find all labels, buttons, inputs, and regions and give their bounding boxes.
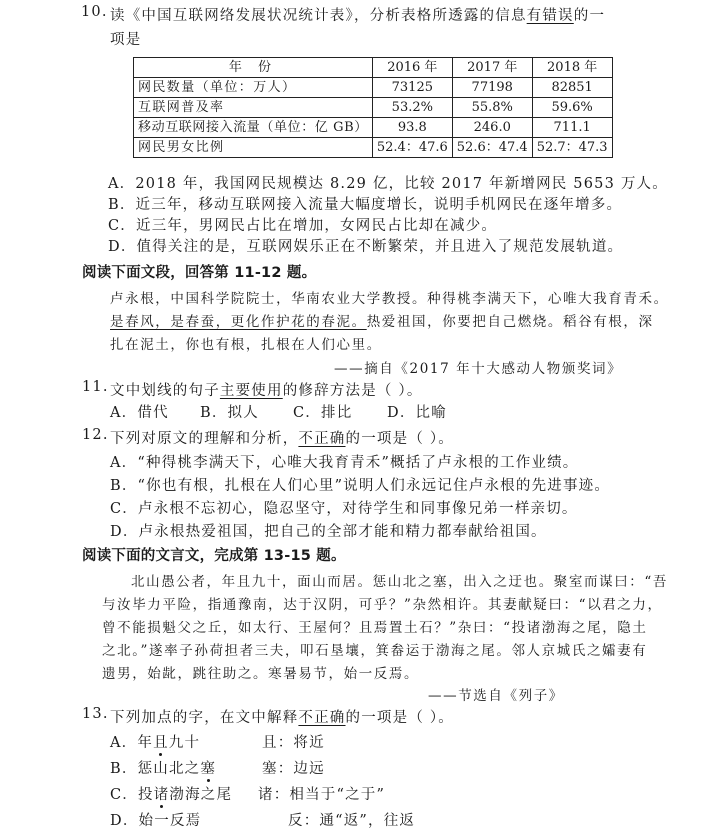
table-cell: 93.8 bbox=[372, 118, 452, 138]
passage2-source: ——节选自《列子》 bbox=[428, 684, 564, 704]
table-cell: 246.0 bbox=[452, 118, 532, 138]
dotted-char: 诸 bbox=[154, 787, 170, 803]
q11-number: 11. bbox=[82, 379, 109, 395]
q12-stem-pre: 下列对原文的理解和分析， bbox=[110, 431, 298, 447]
q12-stem-post: 的一项是（ ）。 bbox=[346, 431, 454, 447]
q11-stem-pre: 文中划线的句子 bbox=[110, 383, 220, 399]
passage2-line: 曾不能损魁父之丘，如太行、王屋何？且焉置土石？”杂曰：“投诸渤海之尾，隐土 bbox=[102, 616, 648, 636]
option-text-post: 焉 bbox=[186, 813, 202, 829]
internet-stats-table: 年 份 2016 年 2017 年 2018 年 网民数量（单位：万人） 731… bbox=[133, 57, 613, 158]
q13-number: 13. bbox=[82, 706, 109, 722]
q13-gloss-c: 诸：相当于“之于” bbox=[258, 783, 385, 804]
passage2-line: 与汝毕力平险，指通豫南，达于汉阴，可乎？”杂然相许。其妻献疑曰：“以君之力， bbox=[102, 593, 663, 613]
q10-option-c[interactable]: C．近三年，男网民占比在增加，女网民占比却在减少。 bbox=[108, 214, 497, 235]
table-cell: 59.6% bbox=[532, 98, 612, 118]
option-letter: B． bbox=[110, 761, 138, 777]
table-cell: 52.4：47.6 bbox=[372, 138, 452, 158]
table-cell: 52.6：47.4 bbox=[452, 138, 532, 158]
q11-stem-emphasis: 主要使用 bbox=[220, 383, 283, 399]
q12-number: 12. bbox=[82, 427, 109, 443]
passage2-line: 北山愚公者，年且九十，面山而居。惩山北之塞，出入之迂也。聚室而谋曰：“吾 bbox=[131, 570, 668, 590]
dotted-char: 塞 bbox=[200, 761, 216, 777]
option-text-pre: 惩山北之 bbox=[138, 761, 201, 777]
passage1-source: ——摘自《2017 年十大感动人物颁奖词》 bbox=[334, 357, 622, 377]
passage2-heading: 阅读下面的文言文，完成第 13-15 题。 bbox=[82, 544, 346, 565]
q13-gloss-a: 且：将近 bbox=[262, 731, 325, 752]
option-letter: D． bbox=[110, 813, 139, 829]
table-header-cell: 2017 年 bbox=[452, 58, 532, 78]
q13-option-d[interactable]: D．始一反焉 bbox=[110, 809, 201, 830]
q10-option-d[interactable]: D．值得关注的是，互联网娱乐正在不断繁荣，并且进入了规范发展轨道。 bbox=[108, 235, 623, 256]
q11-stem: 文中划线的句子主要使用的修辞方法是（ ）。 bbox=[110, 379, 423, 400]
q13-option-c[interactable]: C．投诸渤海之尾 bbox=[110, 783, 232, 804]
option-text-pre: 投 bbox=[138, 787, 154, 803]
q11-option-c[interactable]: C．排比 bbox=[293, 401, 352, 422]
q13-stem-pre: 下列加点的字，在文中解释 bbox=[110, 710, 298, 726]
dotted-char: 反 bbox=[170, 813, 186, 829]
table-row-label: 移动互联网接入流量（单位：亿 GB） bbox=[134, 118, 373, 138]
q13-gloss-d: 反：通“返”，往返 bbox=[288, 809, 415, 830]
table-cell: 53.2% bbox=[372, 98, 452, 118]
passage1-line1: 卢永根，中国科学院院士，华南农业大学教授。种得桃李满天下，心唯大我育青禾。 bbox=[110, 287, 669, 307]
q13-option-a[interactable]: A．年且九十 bbox=[110, 731, 200, 752]
table-row: 网民男女比例 52.4：47.6 52.6：47.4 52.7：47.3 bbox=[134, 138, 613, 158]
q13-stem-emphasis: 不正确 bbox=[298, 710, 345, 726]
table-row: 互联网普及率 53.2% 55.8% 59.6% bbox=[134, 98, 613, 118]
option-letter: A． bbox=[110, 735, 137, 751]
table-cell: 82851 bbox=[532, 78, 612, 98]
q12-stem-emphasis: 不正确 bbox=[298, 431, 345, 447]
table-header-row: 年 份 2016 年 2017 年 2018 年 bbox=[134, 58, 613, 78]
q10-stem-line1: 读《中国互联网络发展状况统计表》，分析表格所透露的信息有错误的一 bbox=[110, 4, 605, 25]
table-cell: 73125 bbox=[372, 78, 452, 98]
passage1-line3: 扎在泥土，你也有根，扎根在人们心里。 bbox=[110, 333, 382, 353]
q10-stem-emphasis: 有错误 bbox=[527, 8, 574, 24]
q10-stem-line2: 项是 bbox=[110, 28, 141, 49]
q11-option-d[interactable]: D．比喻 bbox=[387, 401, 447, 422]
table-row-label: 网民男女比例 bbox=[134, 138, 373, 158]
option-text-pre: 年 bbox=[137, 735, 153, 751]
table-row: 网民数量（单位：万人） 73125 77198 82851 bbox=[134, 78, 613, 98]
option-letter: C． bbox=[110, 787, 138, 803]
q10-stem-pre: 读《中国互联网络发展状况统计表》，分析表格所透露的信息 bbox=[110, 8, 527, 24]
q12-option-a[interactable]: A．“种得桃李满天下，心唯大我育青禾”概括了卢永根的工作业绩。 bbox=[110, 451, 579, 472]
q13-option-b[interactable]: B．惩山北之塞 bbox=[110, 757, 216, 778]
q11-stem-post: 的修辞方法是（ ）。 bbox=[283, 383, 423, 399]
table-row: 移动互联网接入流量（单位：亿 GB） 93.8 246.0 711.1 bbox=[134, 118, 613, 138]
q12-option-b[interactable]: B．“你也有根，扎根在人们心里”说明人们永远记住卢永根的先进事迹。 bbox=[110, 474, 610, 495]
q10-stem-post: 的一 bbox=[574, 8, 605, 24]
passage2-line: 遗男，始龀，跳往助之。寒暑易节，始一反焉。 bbox=[102, 662, 419, 682]
table-cell: 711.1 bbox=[532, 118, 612, 138]
q11-option-b[interactable]: B．拟人 bbox=[200, 401, 259, 422]
q13-stem: 下列加点的字，在文中解释不正确的一项是（ ）。 bbox=[110, 706, 454, 727]
passage1-underlined-sentence: 是春风，是春蚕，更化作护花的春泥。 bbox=[110, 314, 367, 330]
table-cell: 52.7：47.3 bbox=[532, 138, 612, 158]
table-cell: 77198 bbox=[452, 78, 532, 98]
passage1-line2-rest: 热爱祖国，你要把自己燃烧。稻谷有根，深 bbox=[367, 314, 654, 330]
q11-option-a[interactable]: A．借代 bbox=[110, 401, 169, 422]
q10-option-a[interactable]: A．2018 年，我国网民规模达 8.29 亿，比较 2017 年新增网民 56… bbox=[108, 172, 668, 193]
passage2-line: 之北。”遂率子孙荷担者三夫，叩石垦壤，箕畚运于渤海之尾。邻人京城氏之孀妻有 bbox=[102, 639, 647, 659]
option-text-post: 九十 bbox=[169, 735, 200, 751]
q10-number: 10. bbox=[81, 4, 108, 20]
q12-option-c[interactable]: C．卢永根不忘初心，隐忍坚守，对待学生和同事像兄弟一样亲切。 bbox=[110, 497, 578, 518]
q13-gloss-b: 塞：边远 bbox=[262, 757, 325, 778]
q10-option-b[interactable]: B．近三年，移动互联网接入流量大幅度增长，说明手机网民在逐年增多。 bbox=[108, 193, 622, 214]
passage1-heading: 阅读下面文段，回答第 11-12 题。 bbox=[82, 261, 316, 282]
table-header-cell: 2016 年 bbox=[372, 58, 452, 78]
q12-stem: 下列对原文的理解和分析，不正确的一项是（ ）。 bbox=[110, 427, 454, 448]
table-header-cell: 年 份 bbox=[134, 58, 373, 78]
option-text-post: 渤海之尾 bbox=[169, 787, 232, 803]
table-cell: 55.8% bbox=[452, 98, 532, 118]
q13-stem-post: 的一项是（ ）。 bbox=[346, 710, 454, 726]
option-text-pre: 始一 bbox=[139, 813, 170, 829]
dotted-char: 且 bbox=[153, 735, 169, 751]
table-row-label: 互联网普及率 bbox=[134, 98, 373, 118]
q12-option-d[interactable]: D．卢永根热爱祖国，把自己的全部才能和精力都奉献给祖国。 bbox=[110, 520, 547, 541]
table-row-label: 网民数量（单位：万人） bbox=[134, 78, 373, 98]
table-header-cell: 2018 年 bbox=[532, 58, 612, 78]
passage1-line2: 是春风，是春蚕，更化作护花的春泥。热爱祖国，你要把自己燃烧。稻谷有根，深 bbox=[110, 310, 654, 330]
